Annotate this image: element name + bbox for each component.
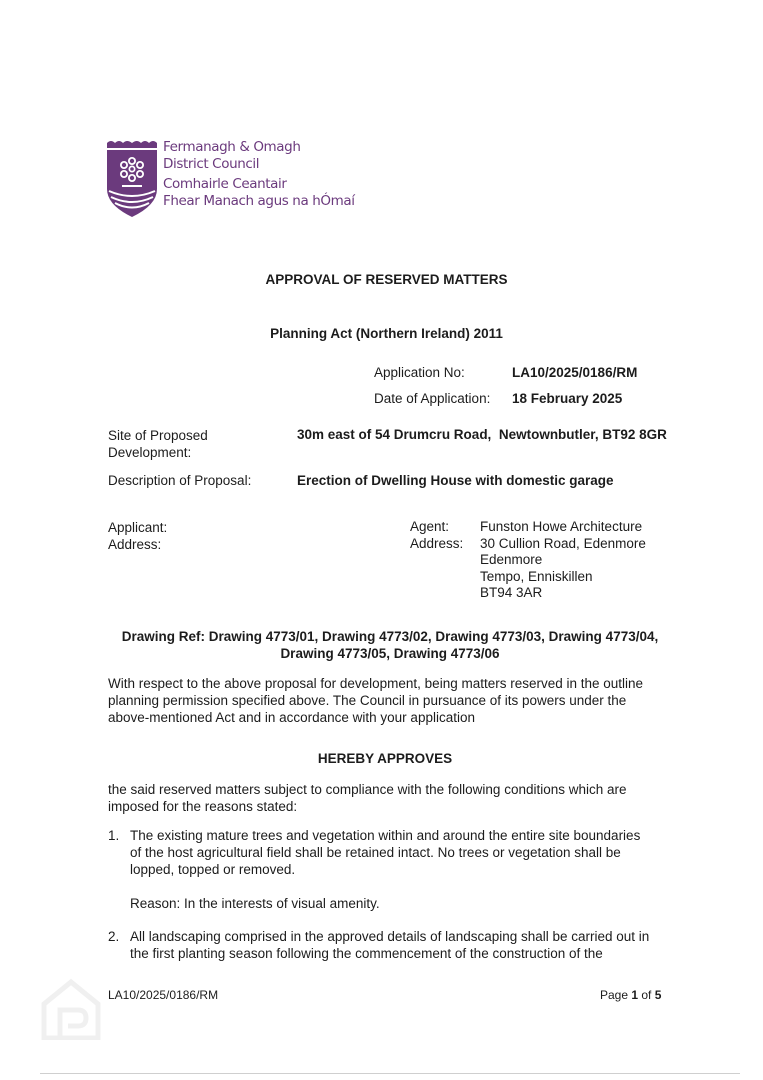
page-prefix: Page xyxy=(600,988,631,1002)
condition-text: The existing mature trees and vegetation… xyxy=(130,827,650,878)
condition-number: 2. xyxy=(108,928,119,945)
site-label-line2: Development: xyxy=(108,444,208,461)
council-name: Fermanagh & Omagh District Council Comha… xyxy=(163,139,355,210)
site-value: 30m east of 54 Drumcru Road, Newtownbutl… xyxy=(297,427,667,442)
agent-address-label: Address: xyxy=(410,536,463,553)
agent-details: Funston Howe Architecture 30 Cullion Roa… xyxy=(480,519,646,602)
application-date-label: Date of Application: xyxy=(374,391,490,406)
agent-address-line: Edenmore xyxy=(480,552,646,569)
application-number-value: LA10/2025/0186/RM xyxy=(512,365,637,380)
drawing-reference: Drawing Ref: Drawing 4773/01, Drawing 47… xyxy=(90,628,690,662)
condition-text: All landscaping comprised in the approve… xyxy=(130,928,665,962)
applicant-label: Applicant: xyxy=(108,519,167,536)
intro-paragraph: With respect to the above proposal for d… xyxy=(108,675,668,726)
applicant-block: Applicant: Address: xyxy=(108,519,167,553)
act-title: Planning Act (Northern Ireland) 2011 xyxy=(0,326,763,341)
conditions-intro: the said reserved matters subject to com… xyxy=(108,781,668,815)
application-number-label: Application No: xyxy=(374,365,465,380)
condition-item: 2. All landscaping comprised in the appr… xyxy=(130,928,665,962)
applicant-address-label: Address: xyxy=(108,536,167,553)
agent-address-line: Tempo, Enniskillen xyxy=(480,569,646,586)
council-crest-icon xyxy=(107,139,157,217)
council-name-ga-2: Fhear Manach agus na hÓmaí xyxy=(163,193,355,210)
watermark-logo-icon xyxy=(40,978,102,1040)
condition-reason: Reason: In the interests of visual ameni… xyxy=(130,895,675,912)
agent-address-line: BT94 3AR xyxy=(480,585,646,602)
page-edge-divider xyxy=(40,1073,740,1074)
drawing-reference-line1: Drawing Ref: Drawing 4773/01, Drawing 47… xyxy=(90,628,690,645)
application-date-value: 18 February 2025 xyxy=(512,391,622,406)
agent-labels: Agent: Address: xyxy=(410,519,463,552)
footer-reference: LA10/2025/0186/RM xyxy=(108,988,218,1002)
approves-heading: HEREBY APPROVES xyxy=(90,750,680,767)
page-of: of xyxy=(638,988,655,1002)
agent-name: Funston Howe Architecture xyxy=(480,519,646,536)
agent-address-line: 30 Cullion Road, Edenmore xyxy=(480,536,646,553)
description-value: Erection of Dwelling House with domestic… xyxy=(297,473,614,488)
page-total: 5 xyxy=(655,988,662,1002)
council-logo: Fermanagh & Omagh District Council Comha… xyxy=(107,139,357,217)
agent-label: Agent: xyxy=(410,519,463,536)
description-label: Description of Proposal: xyxy=(108,473,251,488)
document-title: APPROVAL OF RESERVED MATTERS xyxy=(0,272,763,287)
condition-number: 1. xyxy=(108,827,119,844)
site-label-line1: Site of Proposed xyxy=(108,427,208,444)
drawing-reference-line2: Drawing 4773/05, Drawing 4773/06 xyxy=(90,645,690,662)
council-name-en-2: District Council xyxy=(163,156,355,173)
council-name-en-1: Fermanagh & Omagh xyxy=(163,139,355,156)
condition-item: 1. The existing mature trees and vegetat… xyxy=(130,827,650,878)
page-indicator: Page 1 of 5 xyxy=(600,988,661,1002)
site-label: Site of Proposed Development: xyxy=(108,427,208,461)
council-name-ga-1: Comhairle Ceantair xyxy=(163,176,355,193)
